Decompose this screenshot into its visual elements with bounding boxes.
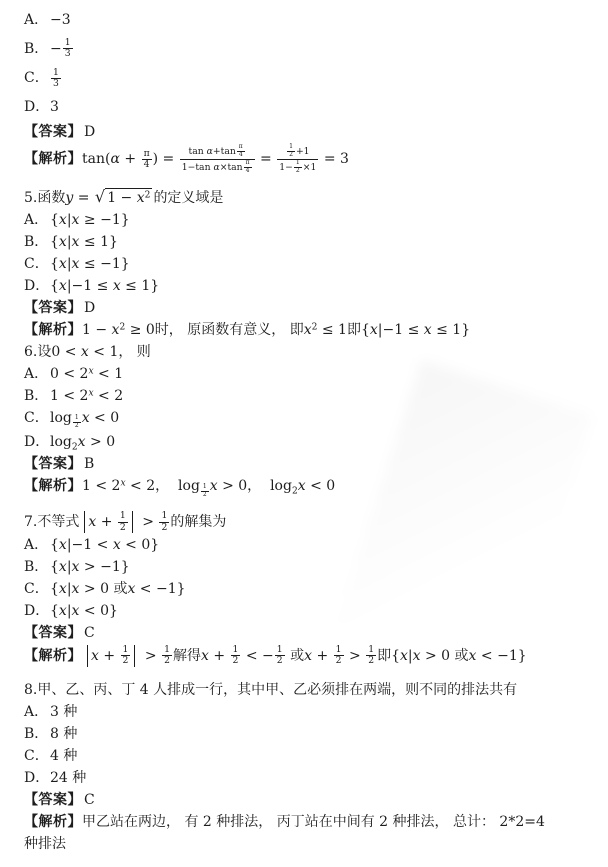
option-line: B．{x|x > −1} bbox=[24, 556, 596, 578]
option-marker: C． bbox=[24, 409, 50, 428]
answer-label: 【答案】 bbox=[24, 123, 82, 139]
option-line: D．24 种 bbox=[24, 767, 596, 789]
math-variable: x bbox=[72, 234, 80, 250]
numerator: 1 bbox=[118, 511, 128, 521]
math-expression: 1 < 2x < 2， log12x > 0， log2x < 0 bbox=[82, 478, 335, 494]
math-expression: 3 种 bbox=[50, 704, 77, 720]
math-expression: 24 种 bbox=[50, 770, 86, 786]
math-expression: 1 < 2x < 2 bbox=[50, 388, 123, 404]
radical-sign: √ bbox=[95, 188, 105, 206]
option-marker: B． bbox=[24, 233, 50, 252]
option-marker: A． bbox=[24, 365, 50, 384]
math-expression: 8 种 bbox=[50, 726, 77, 742]
math-variable: x bbox=[72, 559, 80, 575]
document-scan: { "page": { "background_color": "#ffffff… bbox=[0, 0, 608, 867]
math-variable: x bbox=[88, 366, 93, 376]
absolute-value: x + 12 bbox=[81, 511, 135, 533]
analysis-line: 种排法 bbox=[24, 833, 596, 855]
numerator: 1 bbox=[121, 645, 131, 655]
math-expression: 13 bbox=[50, 70, 62, 86]
question-stem: 8.甲、乙、丙、丁 4 人排成一行，其中甲、乙必须排在两端，则不同的排法共有 bbox=[24, 679, 596, 701]
math-expression: 甲乙站在两边， 有 2 种排法， 丙丁站在中间有 2 种排法， 总计： 2*2=… bbox=[82, 814, 545, 830]
math-variable: x bbox=[59, 256, 67, 272]
denominator: 2 bbox=[159, 522, 169, 533]
answer-label: 【答案】 bbox=[24, 455, 82, 471]
numerator: 12+1 bbox=[284, 144, 312, 159]
denominator: 3 bbox=[51, 78, 61, 89]
option-marker: D． bbox=[24, 769, 50, 788]
numerator: 1 bbox=[63, 38, 73, 48]
option-line: C．{x|x > 0 或x < −1} bbox=[24, 578, 596, 600]
math-variable: x bbox=[78, 434, 86, 450]
math-expression: log2x > 0 bbox=[50, 434, 115, 450]
fraction: 12 bbox=[287, 144, 295, 159]
option-line: C．4 种 bbox=[24, 745, 596, 767]
option-line: B．−13 bbox=[24, 34, 596, 64]
numerator: π bbox=[244, 160, 252, 167]
math-variable: x bbox=[59, 537, 67, 553]
subscript: 12 bbox=[72, 418, 82, 428]
option-line: B．1 < 2x < 2 bbox=[24, 385, 596, 407]
analysis-label: 【解析】 bbox=[24, 477, 82, 493]
math-expression: 6.设0 < x < 1， 则 bbox=[24, 344, 151, 360]
radicand: 1 − x2 bbox=[105, 188, 152, 208]
numerator: π bbox=[142, 149, 152, 159]
option-line: D．{x|−1 ≤ x ≤ 1} bbox=[24, 275, 596, 297]
answer-value: C bbox=[84, 625, 95, 641]
analysis-label: 【解析】 bbox=[24, 321, 82, 337]
abs-body: x + 12 bbox=[88, 511, 128, 533]
numerator: 1 bbox=[366, 645, 376, 655]
numerator: 1 bbox=[162, 645, 172, 655]
math-expression: tan(α + π4) = tan α+tanπ41−tan α×tanπ4 =… bbox=[82, 151, 349, 167]
math-variable: x bbox=[210, 478, 218, 494]
option-line: A．−3 bbox=[24, 6, 596, 34]
math-expression: −3 bbox=[50, 12, 71, 28]
denominator: 2 bbox=[162, 655, 172, 666]
analysis-line: 【解析】1 < 2x < 2， log12x > 0， log2x < 0 bbox=[24, 475, 596, 499]
math-variable: x bbox=[137, 190, 145, 206]
math-variable: x bbox=[88, 388, 93, 398]
fraction: 13 bbox=[63, 38, 73, 60]
option-line: C．{x|x ≤ −1} bbox=[24, 253, 596, 275]
denominator: 2 bbox=[73, 422, 81, 430]
abs-bar bbox=[84, 511, 85, 533]
fraction: 12 bbox=[159, 511, 169, 533]
denominator: 4 bbox=[142, 159, 152, 170]
option-marker: C． bbox=[24, 69, 50, 88]
denominator: 1−12×1 bbox=[277, 159, 318, 175]
question-stem: 5.函数y = √1 − x2的定义域是 bbox=[24, 187, 596, 209]
denominator: 2 bbox=[366, 655, 376, 666]
option-marker: D． bbox=[24, 277, 50, 296]
math-variable: x bbox=[81, 344, 89, 360]
fraction: 12 bbox=[334, 645, 344, 667]
fraction: 12 bbox=[73, 415, 81, 429]
math-variable: x bbox=[400, 648, 408, 664]
math-variable: x bbox=[59, 212, 67, 228]
option-marker: C． bbox=[24, 255, 50, 274]
numerator: 1 bbox=[275, 645, 285, 655]
fraction: 12+11−12×1 bbox=[277, 144, 318, 174]
numerator: 1 bbox=[159, 511, 169, 521]
option-line: B．{x|x ≤ 1} bbox=[24, 231, 596, 253]
fraction: tan α+tanπ41−tan α×tanπ4 bbox=[180, 144, 255, 174]
superscript: x bbox=[88, 388, 93, 398]
answer-value: D bbox=[84, 300, 95, 316]
denominator: 2 bbox=[287, 151, 295, 159]
denominator: 4 bbox=[244, 167, 252, 175]
math-variable: x bbox=[72, 256, 80, 272]
math-variable: x bbox=[120, 478, 125, 488]
option-marker: B． bbox=[24, 725, 50, 744]
option-line: C．log12x < 0 bbox=[24, 407, 596, 431]
document-content: A．−3B．−13C．13D．3【答案】D【解析】tan(α + π4) = t… bbox=[24, 6, 596, 855]
fraction: 13 bbox=[51, 68, 61, 90]
math-expression: x + 12 > 12解得x + 12 < −12 或x + 12 > 12即{… bbox=[82, 648, 527, 664]
math-variable: x bbox=[59, 278, 67, 294]
answer-line: 【答案】B bbox=[24, 453, 596, 475]
math-variable: x bbox=[413, 648, 421, 664]
numerator: 1 bbox=[51, 68, 61, 78]
analysis-line: 【解析】甲乙站在两边， 有 2 种排法， 丙丁站在中间有 2 种排法， 总计： … bbox=[24, 811, 596, 833]
fraction: 12 bbox=[201, 484, 209, 498]
numerator: tan α+tanπ4 bbox=[187, 144, 248, 159]
answer-label: 【答案】 bbox=[24, 624, 82, 640]
answer-line: 【答案】D bbox=[24, 297, 596, 319]
math-expression: 3 bbox=[50, 99, 59, 115]
fraction: 12 bbox=[294, 160, 302, 175]
math-variable: x bbox=[88, 514, 96, 530]
denominator: 2 bbox=[275, 655, 285, 666]
fraction: 12 bbox=[162, 645, 172, 667]
option-marker: D． bbox=[24, 98, 50, 117]
analysis-line: 【解析】x + 12 > 12解得x + 12 < −12 或x + 12 > … bbox=[24, 644, 596, 668]
fraction: 12 bbox=[275, 645, 285, 667]
option-marker: B． bbox=[24, 40, 50, 59]
option-line: D．3 bbox=[24, 93, 596, 121]
fraction: 12 bbox=[366, 645, 376, 667]
option-marker: C． bbox=[24, 747, 50, 766]
denominator: 2 bbox=[231, 655, 241, 666]
answer-value: B bbox=[84, 456, 94, 472]
math-variable: y bbox=[65, 190, 73, 206]
denominator: 2 bbox=[121, 655, 131, 666]
math-expression: {x|−1 ≤ x ≤ 1} bbox=[50, 278, 159, 294]
option-marker: C． bbox=[24, 580, 50, 599]
math-variable: x bbox=[72, 603, 80, 619]
question-stem: 7.不等式x + 12 > 12的解集为 bbox=[24, 510, 596, 534]
analysis-label: 【解析】 bbox=[24, 150, 82, 166]
math-variable: x bbox=[59, 559, 67, 575]
math-variable: x bbox=[113, 537, 121, 553]
denominator: 2 bbox=[334, 655, 344, 666]
fraction: π4 bbox=[237, 144, 245, 159]
math-variable: x bbox=[304, 322, 312, 338]
answer-label: 【答案】 bbox=[24, 299, 82, 315]
denominator: 2 bbox=[294, 167, 302, 175]
math-expression: 5.函数y = √1 − x2的定义域是 bbox=[24, 190, 223, 206]
math-variable: x bbox=[59, 603, 67, 619]
math-variable: x bbox=[59, 581, 67, 597]
answer-line: 【答案】C bbox=[24, 622, 596, 644]
denominator: 2 bbox=[201, 491, 209, 499]
document-page: A．−3B．−13C．13D．3【答案】D【解析】tan(α + π4) = t… bbox=[0, 0, 608, 867]
option-line: D．log2x > 0 bbox=[24, 431, 596, 453]
math-expression: 1 − x2 ≥ 0时， 原函数有意义， 即x2 ≤ 1即{x|−1 ≤ x ≤… bbox=[82, 322, 470, 338]
math-variable: x bbox=[82, 410, 90, 426]
math-variable: α bbox=[207, 146, 213, 157]
option-line: B．8 种 bbox=[24, 723, 596, 745]
option-marker: A． bbox=[24, 211, 50, 230]
math-expression: {x|x > −1} bbox=[50, 559, 130, 575]
abs-bar bbox=[132, 511, 133, 533]
math-variable: x bbox=[370, 322, 378, 338]
numerator: 1 bbox=[231, 645, 241, 655]
numerator: 1 bbox=[287, 144, 295, 151]
answer-line: 【答案】C bbox=[24, 789, 596, 811]
math-expression: 8.甲、乙、丙、丁 4 人排成一行，其中甲、乙必须排在两端，则不同的排法共有 bbox=[24, 682, 517, 698]
analysis-label: 【解析】 bbox=[24, 813, 82, 829]
answer-line: 【答案】D bbox=[24, 121, 596, 143]
abs-bar bbox=[87, 645, 88, 667]
analysis-label: 【解析】 bbox=[24, 647, 82, 663]
math-variable: x bbox=[91, 648, 99, 664]
option-line: A．3 种 bbox=[24, 701, 596, 723]
math-variable: x bbox=[72, 581, 80, 597]
math-expression: 种排法 bbox=[24, 836, 66, 852]
math-expression: {x|x < 0} bbox=[50, 603, 118, 619]
subscript: 12 bbox=[200, 487, 210, 497]
math-expression: 0 < 2x < 1 bbox=[50, 366, 123, 382]
math-variable: α bbox=[213, 162, 219, 173]
option-line: C．13 bbox=[24, 64, 596, 94]
math-variable: x bbox=[113, 278, 121, 294]
denominator: 1−tan α×tanπ4 bbox=[180, 159, 255, 175]
numerator: 1 bbox=[73, 415, 81, 422]
math-variable: α bbox=[110, 151, 119, 167]
numerator: 1 bbox=[294, 160, 302, 167]
numerator: 1 bbox=[201, 484, 209, 491]
math-variable: x bbox=[201, 648, 209, 664]
math-variable: x bbox=[304, 648, 312, 664]
option-marker: A． bbox=[24, 703, 50, 722]
option-marker: B． bbox=[24, 558, 50, 577]
denominator: 2 bbox=[118, 522, 128, 533]
math-expression: {x|x ≤ −1} bbox=[50, 256, 130, 272]
fraction: π4 bbox=[244, 160, 252, 175]
answer-value: D bbox=[84, 124, 95, 140]
abs-body: x + 12 bbox=[91, 645, 131, 667]
math-variable: x bbox=[127, 581, 135, 597]
math-variable: x bbox=[298, 478, 306, 494]
fraction: 12 bbox=[121, 645, 131, 667]
math-expression: {x|x ≤ 1} bbox=[50, 234, 118, 250]
math-expression: −13 bbox=[50, 41, 74, 57]
math-variable: x bbox=[424, 322, 432, 338]
option-line: A．0 < 2x < 1 bbox=[24, 363, 596, 385]
math-variable: x bbox=[72, 212, 80, 228]
math-expression: {x|x > 0 或x < −1} bbox=[50, 581, 186, 597]
superscript: 2 bbox=[145, 190, 151, 200]
absolute-value: x + 12 bbox=[84, 645, 138, 667]
superscript: x bbox=[120, 478, 125, 488]
numerator: π bbox=[237, 144, 245, 151]
square-root: √1 − x2 bbox=[95, 188, 153, 208]
option-line: A．{x|x ≥ −1} bbox=[24, 209, 596, 231]
answer-label: 【答案】 bbox=[24, 791, 82, 807]
fraction: 12 bbox=[118, 511, 128, 533]
denominator: 3 bbox=[63, 48, 73, 59]
option-marker: D． bbox=[24, 433, 50, 452]
answer-value: C bbox=[84, 792, 95, 808]
numerator: 1 bbox=[334, 645, 344, 655]
question-stem: 6.设0 < x < 1， 则 bbox=[24, 341, 596, 363]
option-marker: A． bbox=[24, 11, 50, 30]
option-line: A．{x|−1 < x < 0} bbox=[24, 534, 596, 556]
superscript: x bbox=[88, 366, 93, 376]
analysis-line: 【解析】tan(α + π4) = tan α+tanπ41−tan α×tan… bbox=[24, 143, 596, 175]
math-expression: {x|x ≥ −1} bbox=[50, 212, 130, 228]
analysis-line: 【解析】1 − x2 ≥ 0时， 原函数有意义， 即x2 ≤ 1即{x|−1 ≤… bbox=[24, 319, 596, 341]
fraction: π4 bbox=[142, 149, 152, 171]
math-variable: x bbox=[469, 648, 477, 664]
math-expression: {x|−1 < x < 0} bbox=[50, 537, 159, 553]
math-variable: x bbox=[59, 234, 67, 250]
superscript: 2 bbox=[312, 322, 318, 332]
option-marker: D． bbox=[24, 602, 50, 621]
option-line: D．{x|x < 0} bbox=[24, 600, 596, 622]
math-expression: log12x < 0 bbox=[50, 410, 119, 426]
math-expression: 7.不等式x + 12 > 12的解集为 bbox=[24, 514, 226, 530]
abs-bar bbox=[134, 645, 135, 667]
option-marker: B． bbox=[24, 387, 50, 406]
option-marker: A． bbox=[24, 536, 50, 555]
superscript: 2 bbox=[119, 322, 125, 332]
math-expression: 4 种 bbox=[50, 748, 77, 764]
fraction: 12 bbox=[231, 645, 241, 667]
denominator: 4 bbox=[237, 151, 245, 159]
